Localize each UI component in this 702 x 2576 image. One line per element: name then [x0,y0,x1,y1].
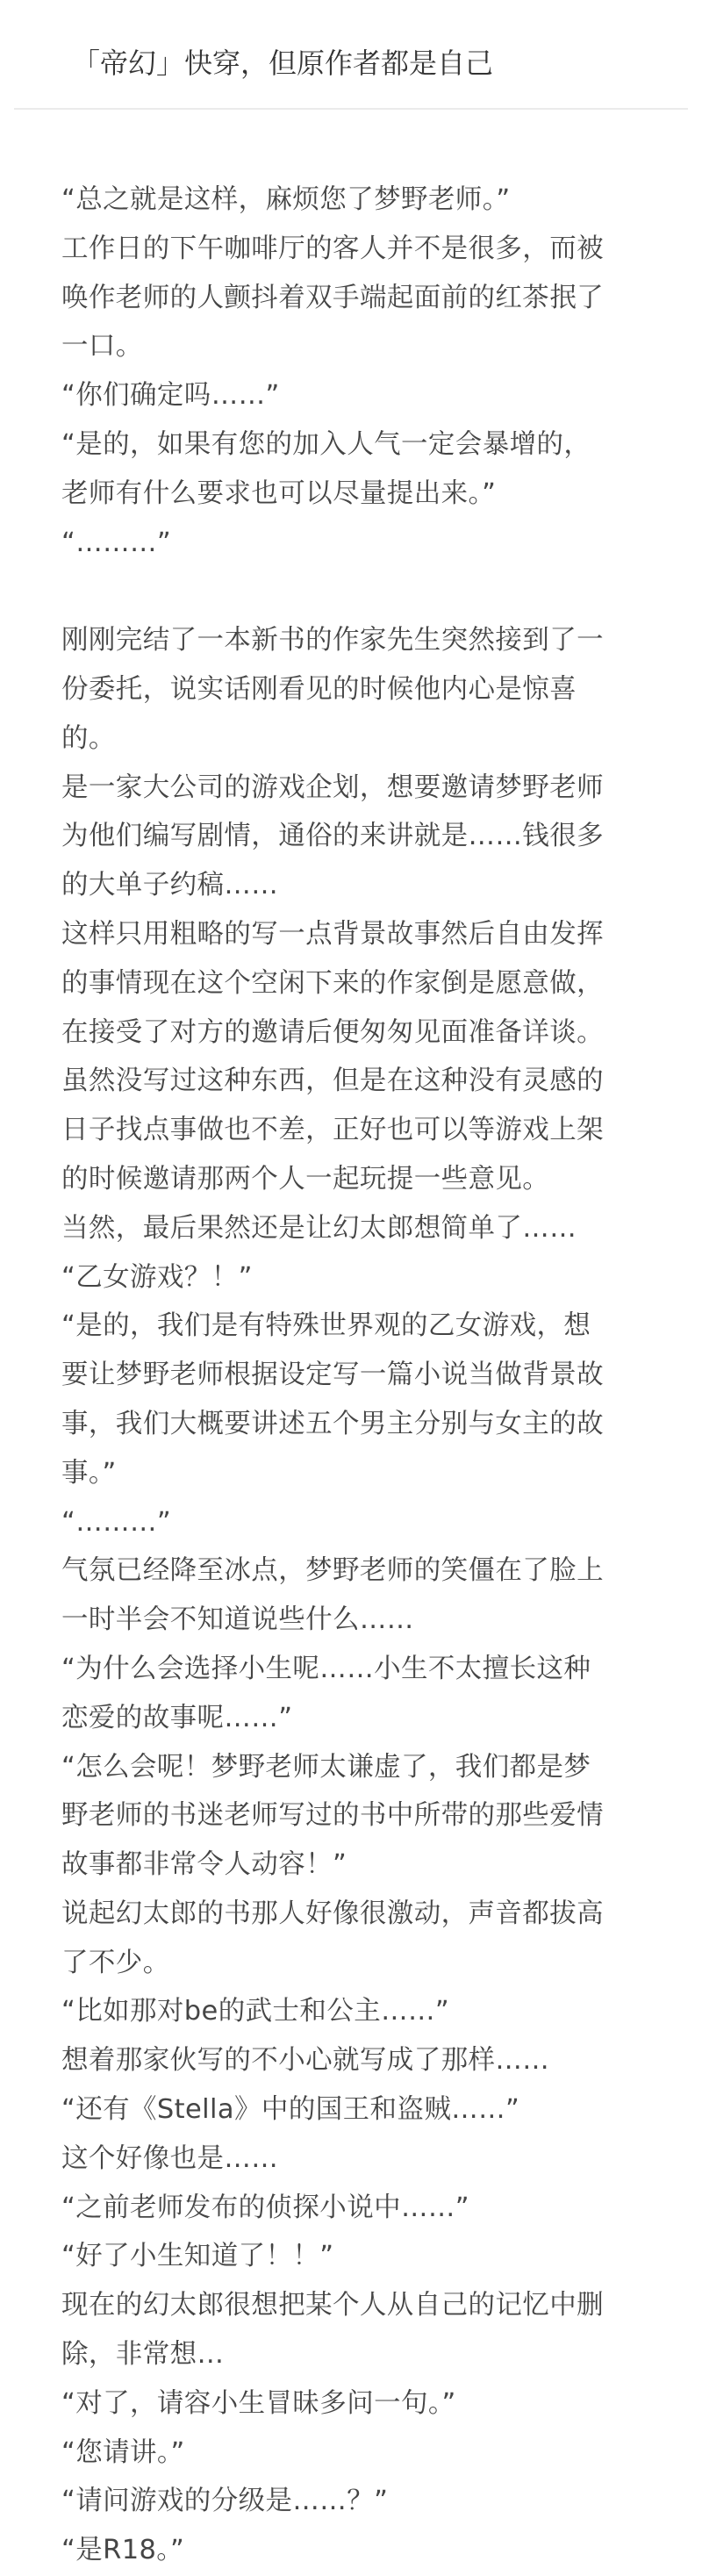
text-line: “………” [61,1498,649,1547]
text-line: “比如那对be的武士和公主……” [61,1987,649,2036]
text-line: 气氛已经降至冰点，梦野老师的笑僵在了脸上 [61,1546,649,1596]
text-line: “对了，请容小生冒昧多问一句。” [61,2379,649,2429]
article-body: “总之就是这样，麻烦您了梦野老师。” 工作日的下午咖啡厅的客人并不是很多，而被 … [61,176,649,2575]
text-line: 了不少。 [61,1939,649,1988]
text-line: 除，非常想… [61,2330,649,2379]
text-line: 想着那家伙写的不小心就写成了那样…… [61,2036,649,2085]
text-line: 日子找点事做也不差，正好也可以等游戏上架 [61,1106,649,1155]
text-line: 故事都非常令人动容！” [61,1841,649,1890]
text-line: 工作日的下午咖啡厅的客人并不是很多，而被 [61,225,649,274]
text-line: “是的，如果有您的加入人气一定会暴增的， [61,420,649,470]
text-line: 这个好像也是…… [61,2135,649,2184]
text-line: 在接受了对方的邀请后便匆匆见面准备详谈。 [61,1008,649,1058]
text-line: 要让梦野老师根据设定写一篇小说当做背景故 [61,1351,649,1400]
text-line: 野老师的书迷老师写过的书中所带的那些爱情 [61,1791,649,1841]
text-line: 这样只用粗略的写一点背景故事然后自由发挥 [61,910,649,959]
header-divider [14,108,688,110]
text-line: 现在的幻太郎很想把某个人从自己的记忆中删 [61,2281,649,2330]
text-line: 刚刚完结了一本新书的作家先生突然接到了一 [61,616,649,665]
text-line: “之前老师发布的侦探小说中……” [61,2184,649,2233]
text-line: 为他们编写剧情，通俗的来讲就是……钱很多 [61,812,649,861]
text-line: “请问游戏的分级是……？” [61,2477,649,2526]
text-line: “………” [61,519,649,568]
text-line: 的事情现在这个空闲下来的作家倒是愿意做， [61,959,649,1008]
text-line: “乙女游戏？！” [61,1253,649,1302]
blank-line [61,567,649,616]
article-title: 「帝幻」快穿，但原作者都是自己 [72,46,493,81]
text-line: 当然，最后果然还是让幻太郎想简单了…… [61,1204,649,1253]
text-line: “总之就是这样，麻烦您了梦野老师。” [61,176,649,225]
text-line: “为什么会选择小生呢……小生不太擅长这种 [61,1645,649,1694]
text-line: “还有《Stella》中的国王和盗贼……” [61,2085,649,2135]
text-line: 事。” [61,1449,649,1498]
text-line: “是的，我们是有特殊世界观的乙女游戏，想 [61,1302,649,1351]
text-line: “好了小生知道了！！” [61,2232,649,2281]
text-line: 一时半会不知道说些什么…… [61,1596,649,1645]
text-line: 份委托，说实话刚看见的时候他内心是惊喜 [61,665,649,714]
text-line: 恋爱的故事呢……” [61,1694,649,1743]
article-header: 「帝幻」快穿，但原作者都是自己 [0,0,702,109]
text-line: 事，我们大概要讲述五个男主分别与女主的故 [61,1400,649,1449]
text-line: 一口。 [61,322,649,371]
text-line: 说起幻太郎的书那人好像很激动，声音都拔高 [61,1890,649,1939]
text-line: “您请讲。” [61,2429,649,2478]
text-line: 唤作老师的人颤抖着双手端起面前的红茶抿了 [61,274,649,323]
text-line: 是一家大公司的游戏企划，想要邀请梦野老师 [61,764,649,813]
text-line: 老师有什么要求也可以尽量提出来。” [61,470,649,519]
text-line: 的时候邀请那两个人一起玩提一些意见。 [61,1155,649,1204]
text-line: “是R18。” [61,2526,649,2575]
text-line: 虽然没写过这种东西，但是在这种没有灵感的 [61,1057,649,1106]
text-line: 的大单子约稿…… [61,861,649,910]
text-line: “怎么会呢！梦野老师太谦虚了，我们都是梦 [61,1743,649,1792]
text-line: 的。 [61,714,649,764]
text-line: “你们确定吗……” [61,371,649,420]
